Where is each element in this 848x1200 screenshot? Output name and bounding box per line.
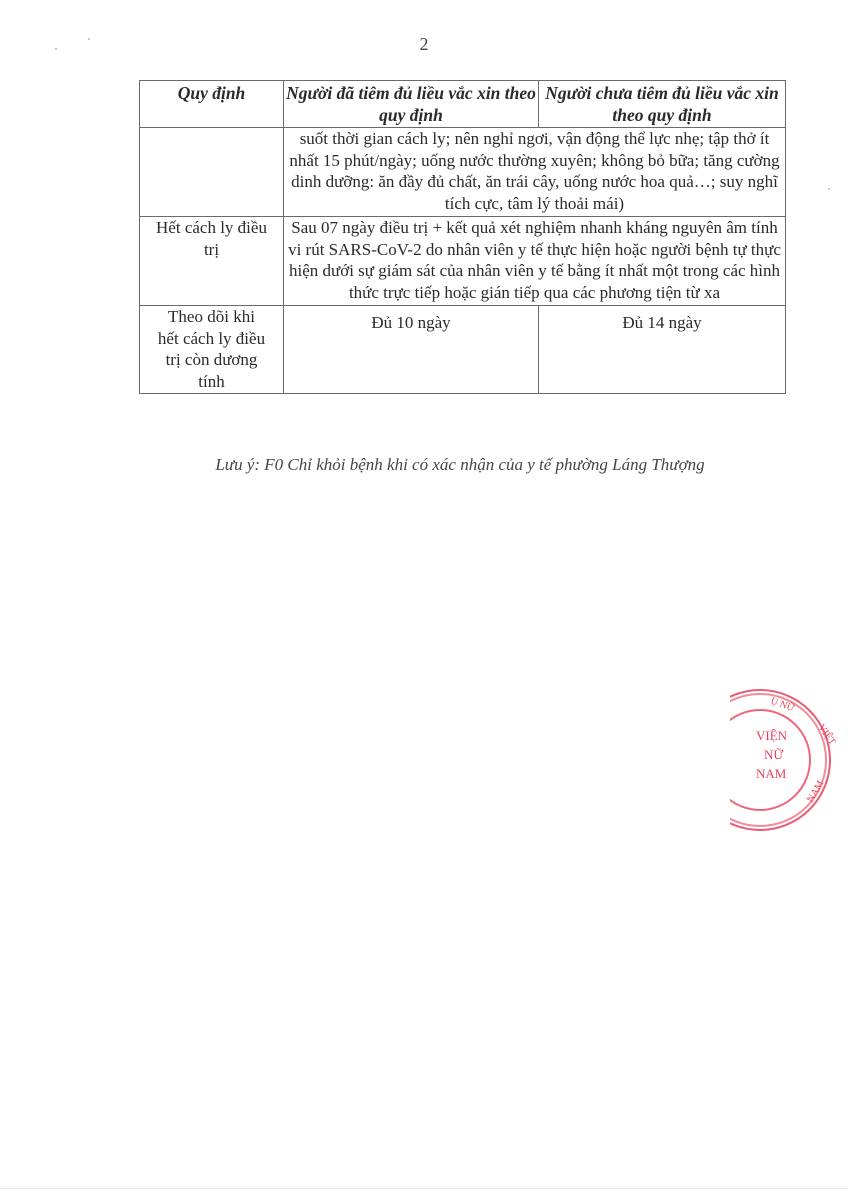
page-number: 2 [0, 34, 848, 55]
table-header-row: Quy định Người đã tiêm đủ liều vắc xin t… [140, 81, 786, 128]
table-row: Hết cách ly điều trị Sau 07 ngày điều tr… [140, 217, 786, 306]
row-merged-cell: Sau 07 ngày điều trị + kết quả xét nghiệ… [284, 217, 786, 306]
table-row: Theo dõi khi hết cách ly điều trị còn dư… [140, 306, 786, 394]
vaccinated-cell: Đủ 10 ngày [284, 306, 539, 394]
scan-speck [828, 188, 830, 190]
svg-text:VIỆT: VIỆT [816, 722, 839, 748]
unvaccinated-cell: Đủ 14 ngày [539, 306, 786, 394]
regulation-table: Quy định Người đã tiêm đủ liều vắc xin t… [139, 80, 786, 394]
header-vaccinated: Người đã tiêm đủ liều vắc xin theo quy đ… [284, 81, 539, 128]
header-regulation: Quy định [140, 81, 284, 128]
row-merged-cell: suốt thời gian cách ly; nên nghỉ ngơi, v… [284, 128, 786, 217]
row-label: Theo dõi khi hết cách ly điều trị còn dư… [140, 306, 284, 394]
header-unvaccinated: Người chưa tiêm đủ liều vắc xin theo quy… [539, 81, 786, 128]
row-label: Hết cách ly điều trị [140, 217, 284, 306]
table-row: suốt thời gian cách ly; nên nghỉ ngơi, v… [140, 128, 786, 217]
stamp-line-3: NAM [756, 766, 787, 781]
stamp-seal-icon: VIỆN NỮ NAM VIỆT NAM Ụ NỮ [730, 685, 848, 835]
note-text: Lưu ý: F0 Chỉ khỏi bệnh khi có xác nhận … [0, 455, 848, 475]
scan-edge [0, 1188, 848, 1189]
row-label [140, 128, 284, 217]
official-stamp: VIỆN NỮ NAM VIỆT NAM Ụ NỮ [730, 685, 848, 835]
stamp-line-2: NỮ [764, 747, 784, 762]
stamp-line-1: VIỆN [756, 728, 788, 743]
